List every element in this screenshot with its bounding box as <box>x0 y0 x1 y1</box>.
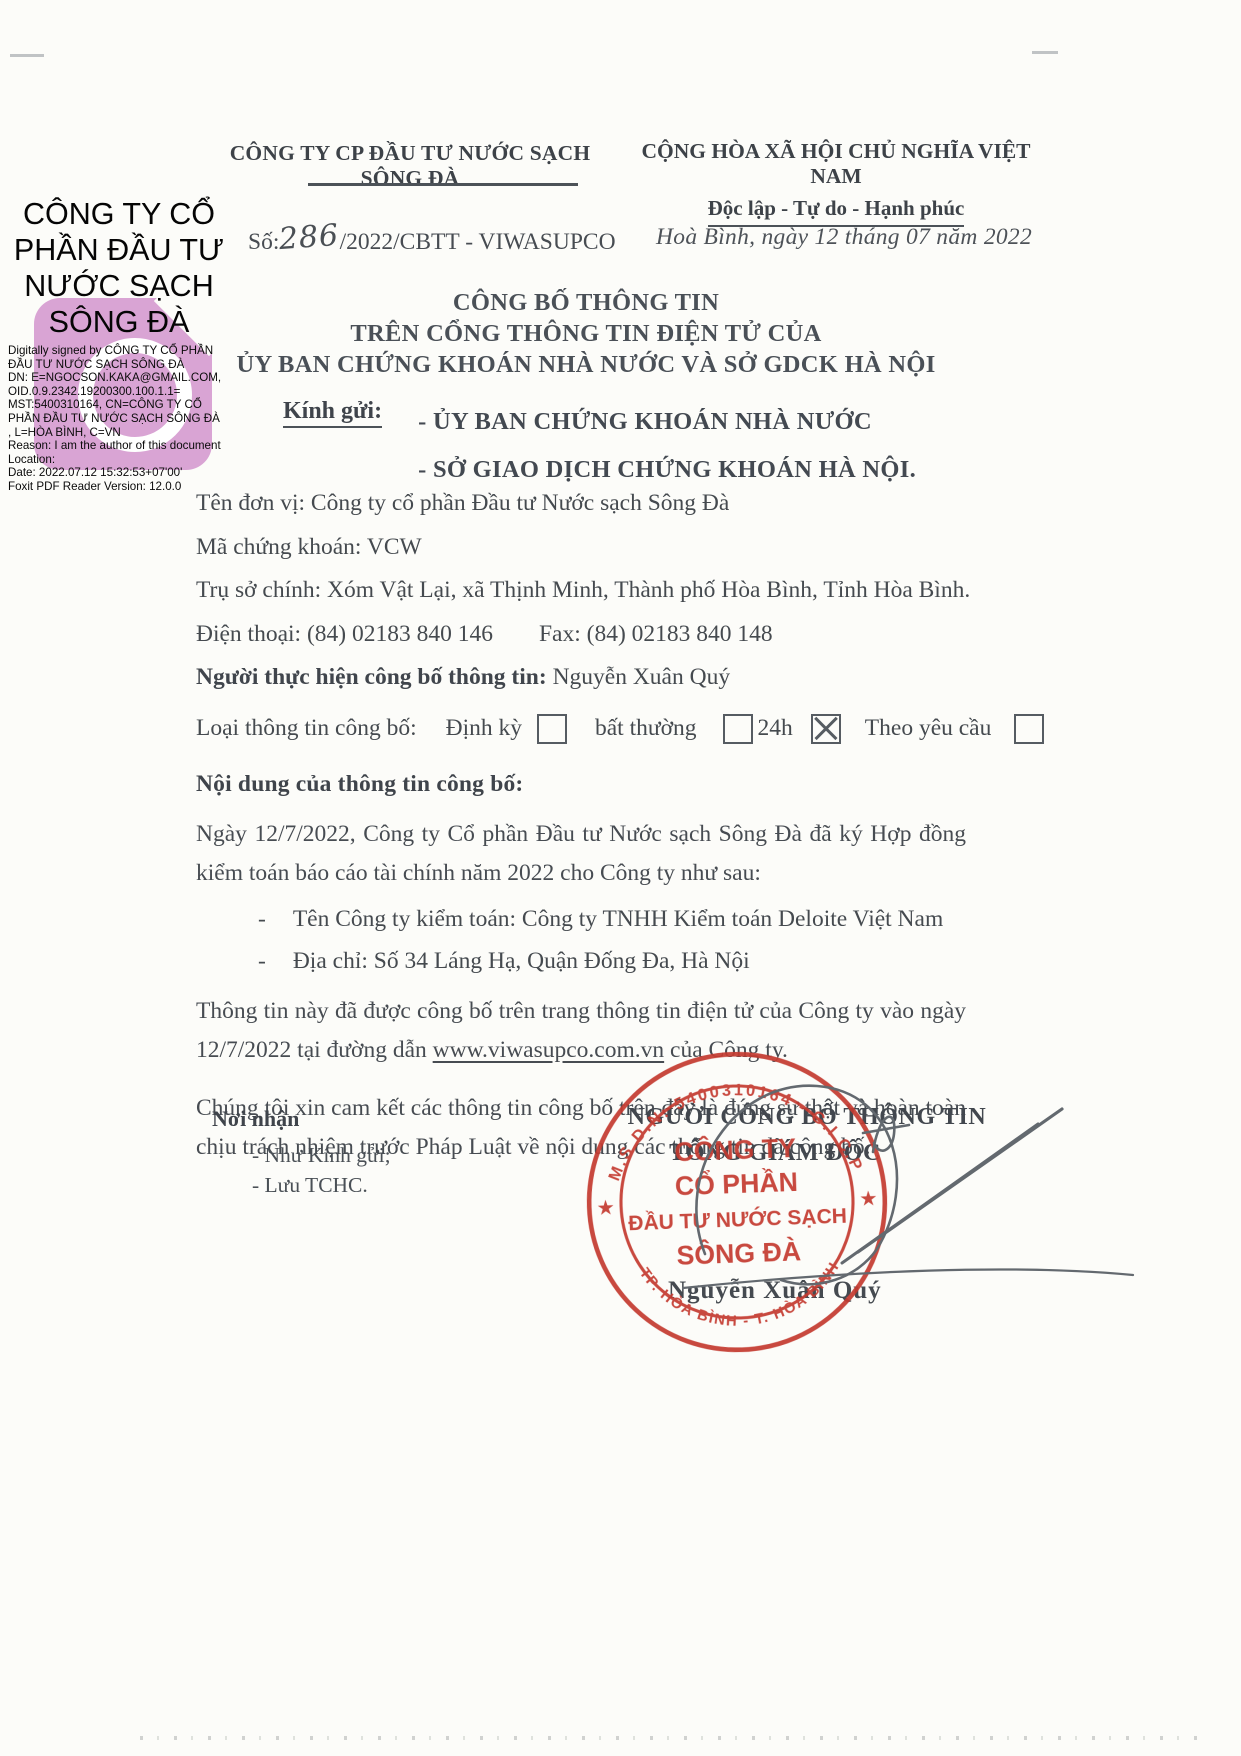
checkbox-24h <box>811 714 841 744</box>
recipient-hnx: - SỞ GIAO DỊCH CHỨNG KHOÁN HÀ NỘI. <box>418 446 916 494</box>
content-heading: Nội dung của thông tin công bố: <box>196 771 1101 798</box>
checkbox-periodic <box>537 714 567 744</box>
handwritten-number: 286 <box>278 218 341 257</box>
checkbox-on-request <box>1014 714 1044 744</box>
bullet-address: - Địa chỉ: Số 34 Láng Hạ, Quận Đống Đa, … <box>258 948 1101 975</box>
national-header: CỘNG HÒA XÃ HỘI CHỦ NGHĨA VIỆT NAM Độc l… <box>628 139 1044 227</box>
bullet-dash: - <box>258 906 266 933</box>
unit-name-line: Tên đơn vị: Công ty cổ phần Đầu tư Nước … <box>196 490 1101 517</box>
document-number: Số:286/2022/CBTT - VIWASUPCO <box>248 222 616 257</box>
digital-signature-details: Digitally signed by CÔNG TY CỔ PHẦN ĐẦU … <box>8 344 230 494</box>
scanner-edge-noise <box>140 1736 1202 1740</box>
signature-paraph <box>863 1117 909 1152</box>
discloser-name: Nguyễn Xuân Quý <box>553 664 731 691</box>
national-motto: Độc lập - Tự do - Hạnh phúc <box>708 196 965 227</box>
phone-value: Điện thoại: (84) 02183 840 146 <box>196 621 493 648</box>
bullet-auditor: - Tên Công ty kiểm toán: Công ty TNHH Ki… <box>258 906 1101 933</box>
company-info-block: Tên đơn vị: Công ty cổ phần Đầu tư Nước … <box>196 490 1101 744</box>
option-24h-label: 24h <box>758 715 793 742</box>
signature-underline-stroke <box>683 1269 1133 1288</box>
digital-signer-name: CÔNG TY CỔ PHẦN ĐẦU TƯ NƯỚC SẠCH SÔNG ĐÀ <box>8 196 230 340</box>
option-on-request-label: Theo yêu cầu <box>865 715 992 742</box>
option-periodic-label: Định kỳ <box>446 715 522 742</box>
type-row-label: Loại thông tin công bố: <box>196 715 417 742</box>
discloser-label: Người thực hiện công bố thông tin: <box>196 664 547 691</box>
header-underline <box>308 183 578 186</box>
salutation: Kính gửi: - ỦY BAN CHỨNG KHOÁN NHÀ NƯỚC … <box>283 398 916 494</box>
bullet-auditor-text: Tên Công ty kiểm toán: Công ty TNHH Kiểm… <box>293 906 943 933</box>
document-title: CÔNG BỐ THÔNG TIN TRÊN CỔNG THÔNG TIN ĐI… <box>196 287 976 380</box>
handwritten-signature <box>555 1012 1175 1332</box>
fax-value: Fax: (84) 02183 840 148 <box>539 621 773 648</box>
bullet-address-text: Địa chỉ: Số 34 Láng Hạ, Quận Đống Đa, Hà… <box>293 948 750 975</box>
option-irregular-label: bất thường <box>595 715 697 742</box>
recipients-footer-label: Nơi nhận <box>212 1106 299 1132</box>
address-line: Trụ sở chính: Xóm Vật Lại, xã Thịnh Minh… <box>196 577 1101 604</box>
bullet-list: - Tên Công ty kiểm toán: Công ty TNHH Ki… <box>196 906 1101 975</box>
scanned-document-page: CÔNG TY CP ĐẦU TƯ NƯỚC SẠCH SÔNG ĐÀ CỘNG… <box>0 0 1241 1756</box>
phone-fax-line: Điện thoại: (84) 02183 840 146 Fax: (84)… <box>196 621 1101 648</box>
paragraph-contract-signing: Ngày 12/7/2022, Công ty Cổ phần Đầu tư N… <box>196 815 966 893</box>
place-and-date: Hoà Bình, ngày 12 tháng 07 năm 2022 <box>656 224 1032 251</box>
national-title: CỘNG HÒA XÃ HỘI CHỦ NGHĨA VIỆT NAM <box>628 139 1044 189</box>
recipients: - ỦY BAN CHỨNG KHOÁN NHÀ NƯỚC - SỞ GIAO … <box>418 398 916 494</box>
recipient-ssc: - ỦY BAN CHỨNG KHOÁN NHÀ NƯỚC <box>418 398 916 446</box>
salutation-label: Kính gửi: <box>283 398 382 428</box>
disclosure-type-row: Loại thông tin công bố: Định kỳ bất thườ… <box>196 714 1101 744</box>
discloser-line: Người thực hiện công bố thông tin: Nguyễ… <box>196 664 1101 691</box>
recipients-footer-items: - Như Kính gửi; - Lưu TCHC. <box>252 1140 391 1200</box>
signature-slash-2 <box>842 1124 1038 1263</box>
scan-artifact <box>10 54 44 57</box>
doc-number-prefix: Số: <box>248 229 279 255</box>
signature-loop <box>696 1086 897 1285</box>
ticker-line: Mã chứng khoán: VCW <box>196 534 1101 561</box>
doc-number-suffix: /2022/CBTT - VIWASUPCO <box>340 229 616 255</box>
digital-signature-overlay: CÔNG TY CỔ PHẦN ĐẦU TƯ NƯỚC SẠCH SÔNG ĐÀ… <box>8 196 230 494</box>
bullet-dash: - <box>258 948 266 975</box>
scan-artifact <box>1032 51 1058 54</box>
checkbox-irregular <box>723 714 753 744</box>
